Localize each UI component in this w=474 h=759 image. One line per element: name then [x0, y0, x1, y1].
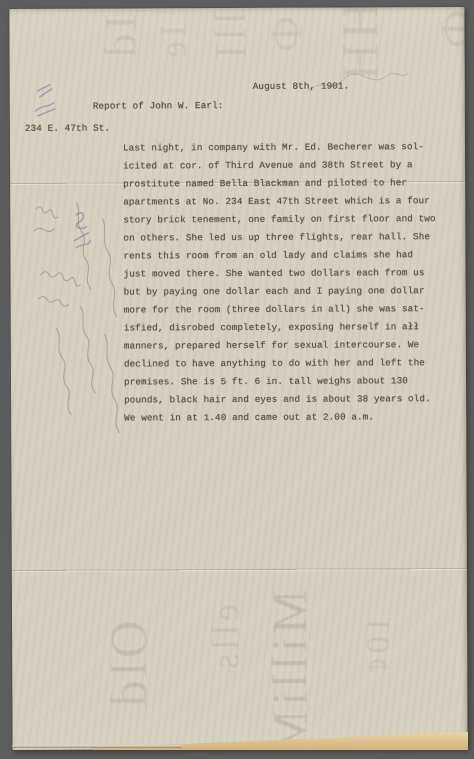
bleedthrough-letters: Ф	[427, 9, 474, 53]
bleedthrough-letters: 10¢	[360, 615, 398, 678]
document-page: Id Ie llI Ф HH Ф Old ells MilliM 10¢	[9, 7, 467, 750]
typed-heading: Report of John W. Earl:	[93, 97, 224, 116]
bleedthrough-letters: llI	[205, 12, 256, 63]
bleedthrough-letters: HH	[331, 1, 390, 84]
scan-background: Id Ie llI Ф HH Ф Old ells MilliM 10¢	[0, 0, 474, 759]
bleedthrough-letters: Old	[100, 620, 159, 710]
typed-address: 234 E. 47th St.	[25, 120, 110, 138]
handwritten-marginalia	[16, 178, 127, 468]
bleedthrough-letters: MilliM	[260, 590, 319, 759]
typed-body: Last night, in company with Mr. Ed. Bech…	[123, 138, 437, 427]
typed-date: August 8th, 1901.	[253, 78, 350, 96]
bleedthrough-letters: Id	[93, 14, 146, 61]
bleedthrough-letters: ells	[204, 604, 248, 673]
paper-bottom-rim	[12, 745, 182, 748]
fold-crease	[12, 568, 467, 572]
bleedthrough-letters: Ф	[259, 16, 312, 57]
bleedthrough-letters: Ie	[151, 24, 195, 62]
